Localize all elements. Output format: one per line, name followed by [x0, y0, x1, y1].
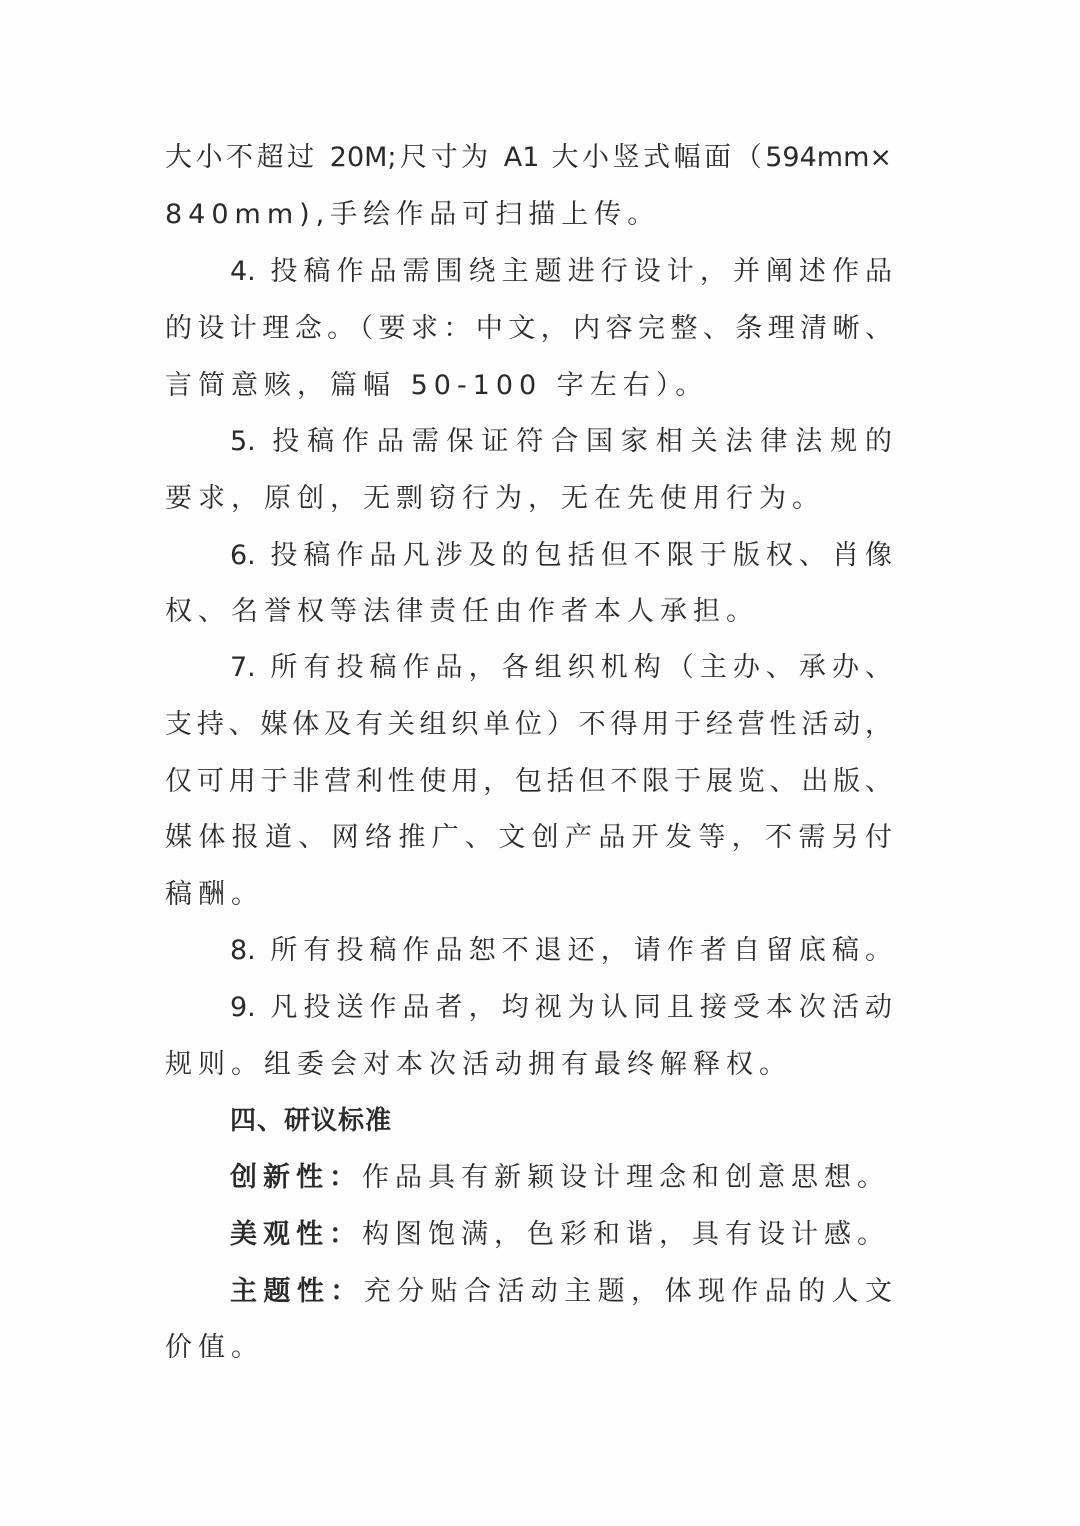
criterion-line: 美观性：构图饱满，色彩和谐，具有设计感。 — [230, 1215, 892, 1255]
criterion-label: 美观性： — [230, 1219, 362, 1250]
document-page: 大小不超过 20M;尺寸为 A1 大小竖式幅面（594mm×840mm),手绘作… — [0, 0, 1080, 1526]
section-heading: 四、研议标准 — [230, 1101, 892, 1141]
text-line: 的设计理念。（要求：中文，内容完整、条理清晰、 — [165, 309, 892, 349]
criterion-line: 创新性：作品具有新颖设计理念和创意思想。 — [230, 1158, 892, 1198]
criterion-line: 主题性：充分贴合活动主题，体现作品的人文 — [230, 1272, 892, 1312]
text-line: 言简意赅，篇幅 50-100 字左右）。 — [165, 366, 892, 406]
text-line: 仅可用于非营利性使用，包括但不限于展览、出版、 — [165, 762, 892, 802]
text-line: 4. 投稿作品需围绕主题进行设计，并阐述作品 — [230, 252, 892, 292]
text-line: 规则。组委会对本次活动拥有最终解释权。 — [165, 1045, 892, 1085]
criterion-text: 作品具有新颖设计理念和创意思想。 — [362, 1162, 890, 1193]
criterion-text: 构图饱满，色彩和谐，具有设计感。 — [362, 1219, 890, 1250]
text-line: 价值。 — [165, 1328, 892, 1368]
criterion-label: 主题性： — [230, 1276, 364, 1307]
text-line: 支持、媒体及有关组织单位）不得用于经营性活动， — [165, 705, 892, 745]
text-line: 要求，原创，无剽窃行为，无在先使用行为。 — [165, 479, 892, 519]
text-line: 权、名誉权等法律责任由作者本人承担。 — [165, 592, 892, 632]
criterion-text: 充分贴合活动主题，体现作品的人文 — [364, 1276, 892, 1307]
criterion-label: 创新性： — [230, 1162, 362, 1193]
text-line: 840mm),手绘作品可扫描上传。 — [165, 195, 892, 235]
text-line: 7. 所有投稿作品，各组织机构（主办、承办、 — [230, 648, 892, 688]
text-line: 9. 凡投送作品者，均视为认同且接受本次活动 — [230, 988, 892, 1028]
text-line: 6. 投稿作品凡涉及的包括但不限于版权、肖像 — [230, 536, 892, 576]
text-line: 5. 投稿作品需保证符合国家相关法律法规的 — [230, 422, 892, 462]
text-line: 稿酬。 — [165, 875, 892, 915]
text-line: 媒体报道、网络推广、文创产品开发等，不需另付 — [165, 818, 892, 858]
text-line: 大小不超过 20M;尺寸为 A1 大小竖式幅面（594mm× — [165, 138, 892, 178]
text-line: 8. 所有投稿作品恕不退还，请作者自留底稿。 — [230, 931, 892, 971]
